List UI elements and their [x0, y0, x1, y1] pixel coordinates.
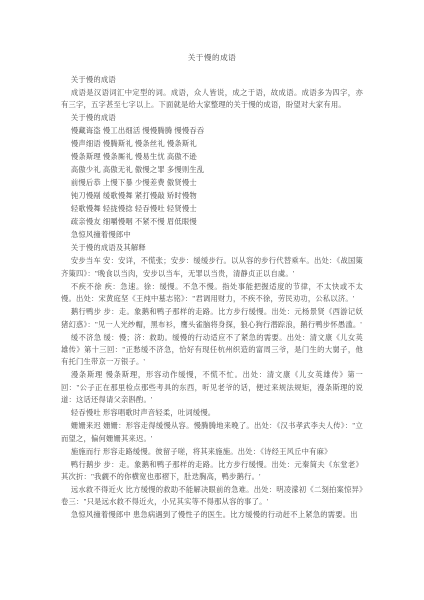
- idiom-list-line: 急惊风撞着慢郎中: [61, 229, 363, 241]
- explanation-section-title: 关于慢的成语及其解释: [61, 242, 363, 254]
- idiom-list-line: 慢声细语 慢腾斯礼 慢条丝礼 慢条斯礼: [61, 138, 363, 150]
- idiom-list-line: 轻歌慢舞 轻拢慢捻 轻吞慢吐 轻贤慢士: [61, 203, 363, 215]
- explanation-paragraph: 漫条斯理 慢条斯理，形容动作缓慢，不慌不忙。出处：清文康《儿女英雄传》第一回："…: [61, 369, 363, 406]
- document-page: 关于慢的成语 关于慢的成语 成语是汉语词汇中定型的词。成语，众人皆说，成之于语，…: [0, 0, 424, 600]
- explanation-paragraph: 施施而行 形容走路缓慢。彼留子嗟，将其来施施。出处：《诗经王风丘中有麻》: [61, 446, 363, 458]
- explanation-paragraph: 轻吞慢吐 形容唱歌时声音轻柔，吐词缓慢。: [61, 407, 363, 419]
- explanation-paragraph: 鸭行鹅步 步：走。象鹅和鸭子那样的走路。比方步行缓慢。出处：元秦简夫《东堂老》其…: [61, 459, 363, 484]
- idiom-list-line: 钝刀慢剐 缓歌慢舞 紧打慢敲 矫时慢物: [61, 190, 363, 202]
- explanation-paragraph: 急惊风撞着慢郎中 患急病遇到了慢性子的医生。比方缓慢的行动赶不上紧急的需要。出: [61, 509, 363, 521]
- explanation-paragraph: 姗姗来迟 姗姗：形容走得缓慢从容。慢腾腾地来晚了。出处：《汉书孝武李夫人传》："…: [61, 420, 363, 445]
- explanation-paragraph: 鹅行鸭步 步：走。象鹅和鸭子那样的走路。比方步行缓慢。出处：元杨景贤《西游记妖猪…: [61, 306, 363, 331]
- document-title: 关于慢的成语: [61, 52, 363, 64]
- idiom-list-line: 疏亲慢友 细嚼慢咽 不紧不慢 眉低眼慢: [61, 216, 363, 228]
- explanation-paragraph: 不疾不徐 疾：急速。徐：缓慢。不急不慢。指处事能把握适度的节律，不太快或不太慢。…: [61, 281, 363, 306]
- explanation-paragraph: 安步当车 安：安详，不慌张；安步：缓缓步行。以从容的步行代替乘车。出处：《战国策…: [61, 255, 363, 280]
- explanation-paragraph: 远水救不得近火 比方缓慢的救助不能解决眼前的急难。出处：明凌濛初《二刻拍案惊异》…: [61, 484, 363, 509]
- idiom-list-line: 前慢后恭 上慢下暴 少慢差费 傲贤慢士: [61, 177, 363, 189]
- intro-paragraph: 成语是汉语词汇中定型的词。成语，众人皆说，成之于语，故成语。成语多为四字，亦有三…: [61, 87, 363, 112]
- idiom-list-line: 慢条斯理 慢条厮礼 慢易生忧 高傲不逊: [61, 151, 363, 163]
- idiom-section-title: 关于慢的成语: [61, 112, 363, 124]
- intro-paragraph: 关于慢的成语: [61, 74, 363, 86]
- idiom-list-line: 高傲少礼 高傲无礼 傲慢之罪 多慢则生乱: [61, 164, 363, 176]
- idiom-list-line: 慢藏诲盗 慢工出细活 慢慢腾腾 慢慢吞吞: [61, 125, 363, 137]
- explanation-paragraph: 缓不济急 缓：慢；济：救助。缓慢的行动适应不了紧急的需要。出处：清文康《儿女英雄…: [61, 332, 363, 369]
